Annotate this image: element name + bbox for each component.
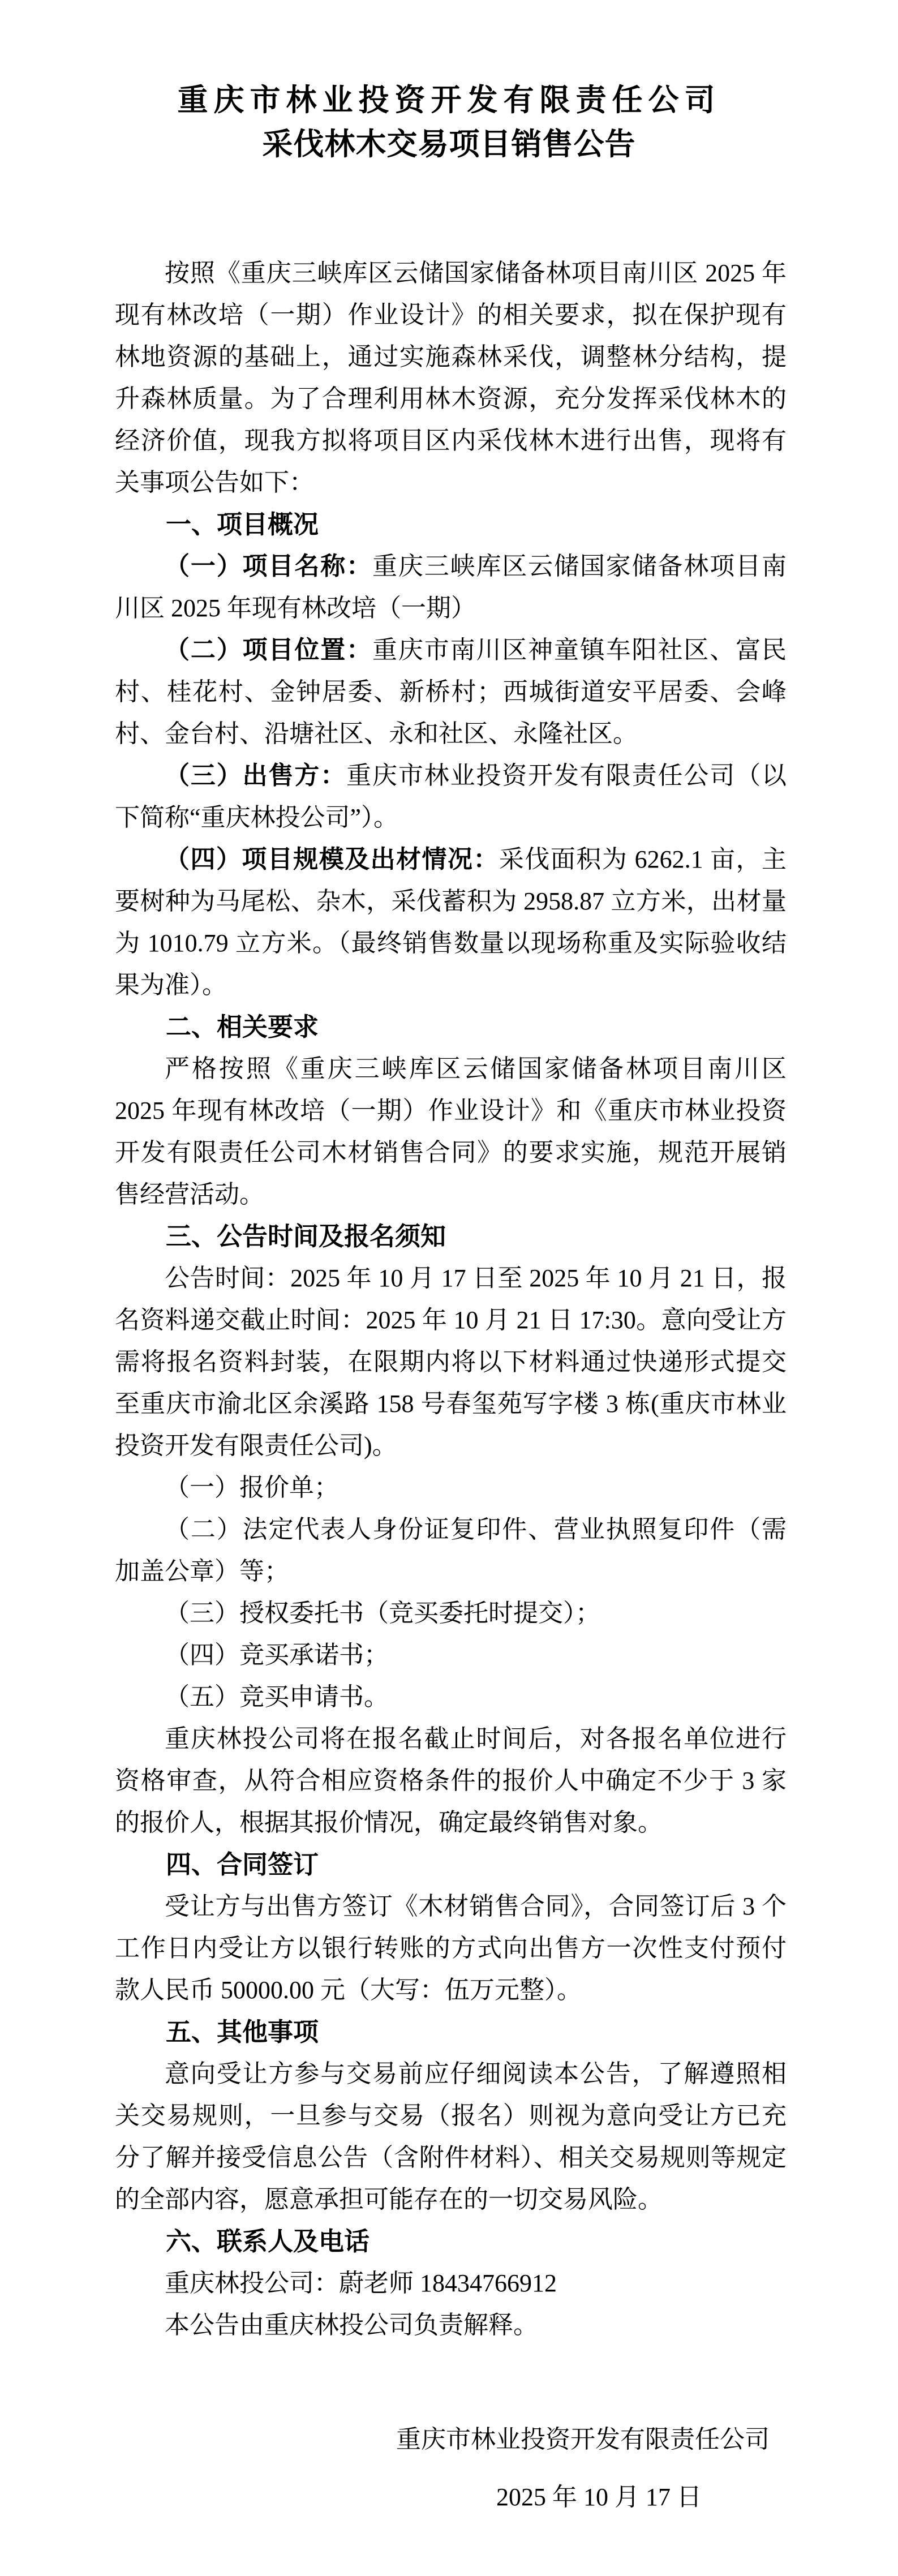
- section-heading: 一、项目概况: [115, 504, 787, 546]
- doc-body: 按照《重庆三峡库区云储国家储备林项目南川区 2025 年现有林改培（一期）作业设…: [115, 252, 787, 2346]
- paragraph: （四）项目规模及出材情况：采伐面积为 6262.1 亩，主要树种为马尾松、杂木，…: [115, 839, 787, 1006]
- paragraph: 受让方与出售方签订《木材销售合同》，合同签订后 3 个工作日内受让方以银行转账的…: [115, 1886, 787, 2011]
- paragraph: （三）出售方：重庆市林业投资开发有限责任公司（以下简称“重庆林投公司”）。: [115, 755, 787, 839]
- paragraph-label: （二）项目位置：: [165, 636, 372, 664]
- paragraph: （二）法定代表人身份证复印件、营业执照复印件（需加盖公章）等；: [115, 1509, 787, 1592]
- paragraph: （三）授权委托书（竞买委托时提交）；: [115, 1592, 787, 1634]
- paragraph: 重庆林投公司将在报名截止时间后，对各报名单位进行资格审查，从符合相应资格条件的报…: [115, 1718, 787, 1844]
- section-heading: 二、相关要求: [115, 1006, 787, 1048]
- section-heading: 三、公告时间及报名须知: [115, 1216, 787, 1257]
- signature-block: 重庆市林业投资开发有限责任公司 2025 年 10 月 17 日: [115, 2419, 787, 2518]
- paragraph: （四）竞买承诺书；: [115, 1634, 787, 1676]
- paragraph: 重庆林投公司：蔚老师 18434766912: [115, 2262, 787, 2304]
- doc-title-line2: 采伐林木交易项目销售公告: [0, 122, 898, 166]
- paragraph: （二）项目位置：重庆市南川区神童镇车阳社区、富民村、桂花村、金钟居委、新桥村；西…: [115, 629, 787, 755]
- paragraph: （一）报价单；: [115, 1467, 787, 1509]
- paragraph: （五）竞买申请书。: [115, 1676, 787, 1718]
- section-heading: 五、其他事项: [115, 2011, 787, 2053]
- paragraph: 严格按照《重庆三峡库区云储国家储备林项目南川区 2025 年现有林改培（一期）作…: [115, 1048, 787, 1216]
- paragraph: 意向受让方参与交易前应仔细阅读本公告，了解遵照相关交易规则，一旦参与交易（报名）…: [115, 2053, 787, 2221]
- section-heading: 六、联系人及电话: [115, 2221, 787, 2262]
- paragraph: 公告时间：2025 年 10 月 17 日至 2025 年 10 月 21 日，…: [115, 1257, 787, 1467]
- doc-title-line1: 重庆市林业投资开发有限责任公司: [0, 78, 898, 122]
- paragraph: 本公告由重庆林投公司负责解释。: [115, 2304, 787, 2346]
- paragraph-label: （四）项目规模及出材情况：: [165, 845, 499, 873]
- signature-date: 2025 年 10 月 17 日: [115, 2476, 787, 2518]
- section-heading: 四、合同签订: [115, 1844, 787, 1886]
- paragraph-label: （一）项目名称：: [165, 552, 372, 580]
- paragraph-label: （三）出售方：: [165, 762, 346, 789]
- document-page: 重庆市林业投资开发有限责任公司 采伐林木交易项目销售公告 按照《重庆三峡库区云储…: [0, 0, 898, 2576]
- paragraph: （一）项目名称：重庆三峡库区云储国家储备林项目南川区 2025 年现有林改培（一…: [115, 546, 787, 629]
- signature-company: 重庆市林业投资开发有限责任公司: [115, 2419, 787, 2461]
- paragraph: 按照《重庆三峡库区云储国家储备林项目南川区 2025 年现有林改培（一期）作业设…: [115, 252, 787, 504]
- doc-title: 重庆市林业投资开发有限责任公司 采伐林木交易项目销售公告: [0, 0, 898, 166]
